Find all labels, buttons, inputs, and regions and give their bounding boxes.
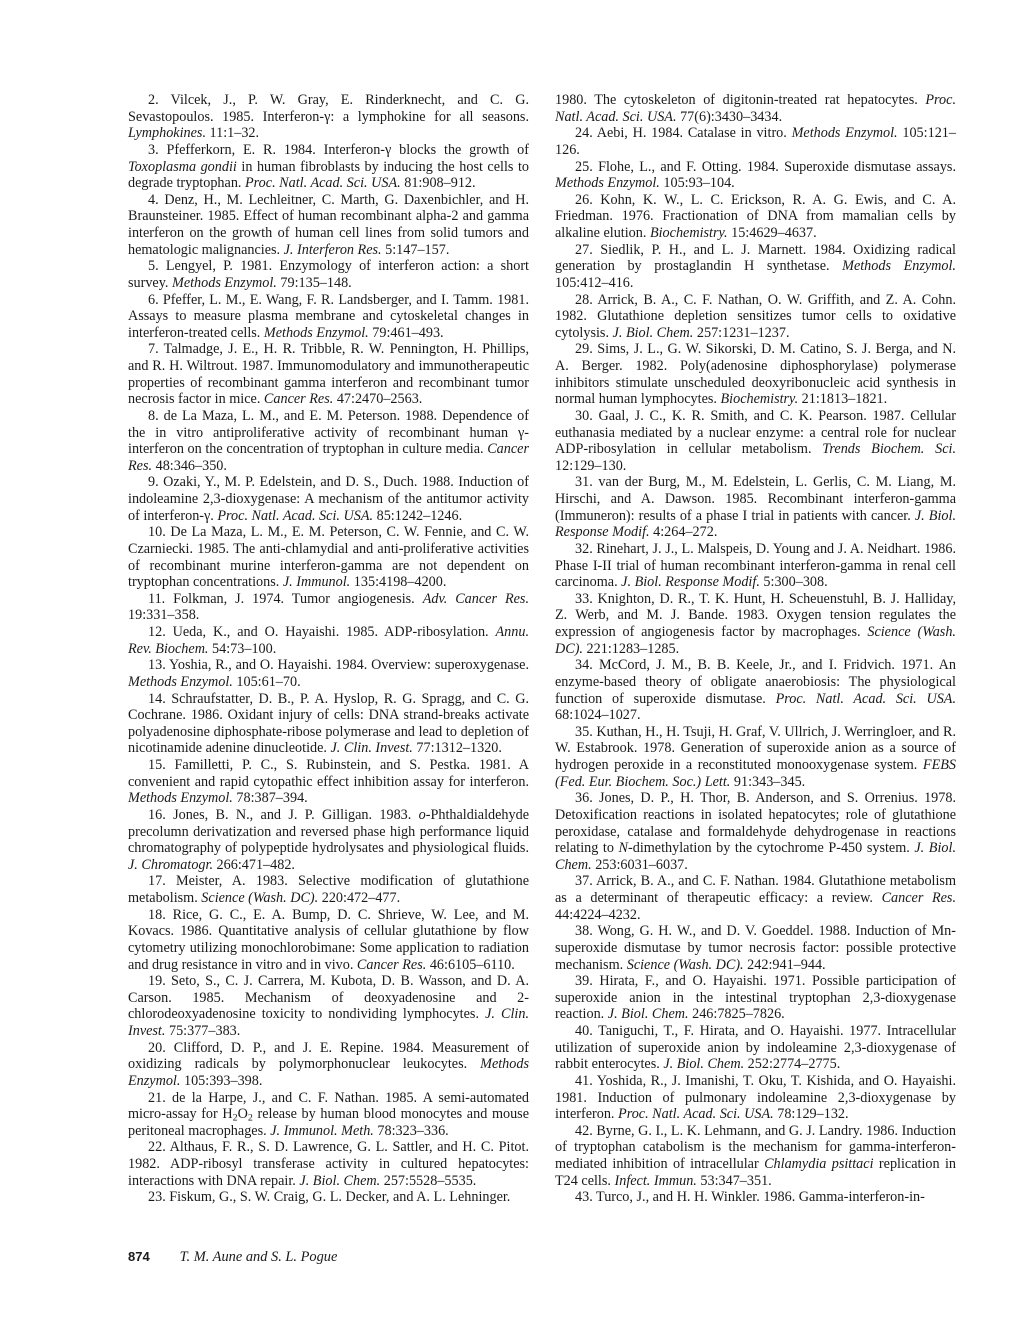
reference-text: 53:347–351. (697, 1173, 772, 1189)
reference-text: 135:4198–4200. (350, 574, 446, 590)
reference-text: 48:346–350. (152, 458, 227, 474)
reference-text: 16. Jones, B. N., and J. P. Gilligan. 19… (148, 807, 419, 823)
journal-page: 2. Vilcek, J., P. W. Gray, E. Rinderknec… (0, 0, 1020, 1320)
reference-text: 46:6105–6110. (426, 957, 515, 973)
reference-text: 43. Turco, J., and H. H. Winkler. 1986. … (575, 1189, 925, 1205)
reference-italic: Methods Enzymol. (172, 275, 277, 291)
reference-entry: 39. Hirata, F., and O. Hayaishi. 1971. P… (555, 973, 956, 1023)
reference-text: 105:61–70. (233, 674, 301, 690)
reference-entry: 26. Kohn, K. W., L. C. Erickson, R. A. G… (555, 192, 956, 242)
reference-entry: 36. Jones, D. P., H. Thor, B. Anderson, … (555, 790, 956, 873)
reference-italic: o (419, 807, 426, 823)
reference-text: 54:73–100. (208, 641, 276, 657)
reference-text: 77:1312–1320. (413, 740, 502, 756)
reference-entry: 38. Wong, G. H. W., and D. V. Goeddel. 1… (555, 923, 956, 973)
reference-text: 75:377–383. (165, 1023, 240, 1039)
reference-italic: J. Clin. Invest. (331, 740, 413, 756)
reference-text: -dimethylation by the cytochrome P-450 s… (628, 840, 914, 856)
reference-entry: 2. Vilcek, J., P. W. Gray, E. Rinderknec… (128, 92, 529, 142)
reference-entry: 9. Ozaki, Y., M. P. Edelstein, and D. S.… (128, 474, 529, 524)
reference-entry: 37. Arrick, B. A., and C. F. Nathan. 198… (555, 873, 956, 923)
reference-entry: 22. Althaus, F. R., S. D. Lawrence, G. L… (128, 1139, 529, 1189)
reference-entry: 13. Yoshia, R., and O. Hayaishi. 1984. O… (128, 657, 529, 690)
reference-text: 5:300–308. (760, 574, 828, 590)
reference-text: 47:2470–2563. (333, 391, 422, 407)
reference-entry: 8. de La Maza, L. M., and E. M. Peterson… (128, 408, 529, 475)
reference-entry: 12. Ueda, K., and O. Hayaishi. 1985. ADP… (128, 624, 529, 657)
reference-italic: Cancer Res. (264, 391, 333, 407)
references-left-column: 2. Vilcek, J., P. W. Gray, E. Rinderknec… (128, 92, 529, 1206)
reference-italic: Science (Wash. DC). (627, 957, 744, 973)
reference-entry: 28. Arrick, B. A., C. F. Nathan, O. W. G… (555, 292, 956, 342)
reference-text: 105:393–398. (180, 1073, 262, 1089)
reference-text: 12:129–130. (555, 458, 626, 474)
reference-entry: 18. Rice, G. C., E. A. Bump, D. C. Shrie… (128, 907, 529, 974)
reference-italic: Biochemistry. (650, 225, 728, 241)
reference-text: 1980. The cytoskeleton of digitonin-trea… (555, 92, 925, 108)
reference-italic: J. Biol. Response Modif. (621, 574, 760, 590)
reference-italic: Cancer Res. (882, 890, 956, 906)
reference-text: 15:4629–4637. (728, 225, 817, 241)
reference-italic: Biochemistry. (721, 391, 799, 407)
reference-italic: J. Interferon Res. (284, 242, 382, 258)
reference-entry: 40. Taniguchi, T., F. Hirata, and O. Hay… (555, 1023, 956, 1073)
reference-entry: 34. McCord, J. M., B. B. Keele, Jr., and… (555, 657, 956, 724)
reference-text: 11. Folkman, J. 1974. Tumor angiogenesis… (148, 591, 423, 607)
references-right-column: 1980. The cytoskeleton of digitonin-trea… (555, 92, 956, 1206)
reference-text: 35. Kuthan, H., H. Tsuji, H. Graf, V. Ul… (555, 724, 956, 773)
reference-entry: 32. Rinehart, J. J., L. Malspeis, D. You… (555, 541, 956, 591)
reference-italic: Methods Enzymol. (555, 175, 660, 191)
reference-entry: 29. Sims, J. L., G. W. Sikorski, D. M. C… (555, 341, 956, 408)
running-head-authors: T. M. Aune and S. L. Pogue (180, 1249, 338, 1265)
reference-italic: J. Biol. Chem. (608, 1006, 689, 1022)
reference-italic: J. Chromatogr. (128, 857, 213, 873)
reference-text: 19:331–358. (128, 607, 199, 623)
reference-text: 77(6):3430–3434. (677, 109, 783, 125)
reference-text: 79:461–493. (369, 325, 444, 341)
reference-italic: Methods Enzymol. (842, 258, 956, 274)
reference-entry: 7. Talmadge, J. E., H. R. Tribble, R. W.… (128, 341, 529, 408)
reference-entry: 20. Clifford, D. P., and J. E. Repine. 1… (128, 1040, 529, 1090)
reference-text: 44:4224–4232. (555, 907, 641, 923)
reference-text: 19. Seto, S., C. J. Carrera, M. Kubota, … (128, 973, 529, 1022)
reference-entry: 5. Lengyel, P. 1981. Enzymology of inter… (128, 258, 529, 291)
reference-text: 25. Flohe, L., and F. Otting. 1984. Supe… (575, 159, 956, 175)
reference-entry: 11. Folkman, J. 1974. Tumor angiogenesis… (128, 591, 529, 624)
reference-text: 220:472–477. (318, 890, 400, 906)
reference-text: 11:1–32. (206, 125, 259, 141)
reference-text: 5:147–157. (382, 242, 450, 258)
reference-text: 23. Fiskum, G., S. W. Craig, G. L. Decke… (148, 1189, 510, 1205)
page-number: 874 (128, 1249, 176, 1264)
reference-text: 91:343–345. (730, 774, 805, 790)
reference-entry: 23. Fiskum, G., S. W. Craig, G. L. Decke… (128, 1189, 529, 1206)
reference-text: 15. Familletti, P. C., S. Rubinstein, an… (128, 757, 529, 790)
reference-entry: 3. Pfefferkorn, E. R. 1984. Interferon-γ… (128, 142, 529, 192)
reference-text: 3. Pfefferkorn, E. R. 1984. Interferon-γ… (148, 142, 529, 158)
reference-text: 105:412–416. (555, 275, 633, 291)
reference-text: 246:7825–7826. (689, 1006, 785, 1022)
reference-italic: J. Immunol. (283, 574, 350, 590)
reference-entry: 4. Denz, H., M. Lechleitner, C. Marth, G… (128, 192, 529, 259)
reference-continuation: 1980. The cytoskeleton of digitonin-trea… (555, 92, 956, 125)
reference-italic: J. Immunol. Meth. (270, 1123, 374, 1139)
reference-italic: J. Biol. Chem. (663, 1056, 744, 1072)
reference-italic: Methods Enzymol. (128, 790, 233, 806)
reference-italic: Proc. Natl. Acad. Sci. USA. (245, 175, 401, 191)
reference-italic: N (619, 840, 628, 856)
reference-text: 8. de La Maza, L. M., and E. M. Peterson… (128, 408, 529, 457)
reference-italic: Methods Enzymol. (128, 674, 233, 690)
reference-entry: 19. Seto, S., C. J. Carrera, M. Kubota, … (128, 973, 529, 1040)
reference-text: 4:264–272. (650, 524, 718, 540)
reference-text: 242:941–944. (744, 957, 826, 973)
reference-text: 2. Vilcek, J., P. W. Gray, E. Rinderknec… (128, 92, 529, 125)
reference-entry: 42. Byrne, G. I., L. K. Lehmann, and G. … (555, 1123, 956, 1190)
reference-entry: 31. van der Burg, M., M. Edelstein, L. G… (555, 474, 956, 541)
reference-text: 20. Clifford, D. P., and J. E. Repine. 1… (128, 1040, 529, 1073)
page-footer: 874 T. M. Aune and S. L. Pogue (128, 1249, 337, 1266)
reference-italic: Trends Biochem. Sci. (822, 441, 956, 457)
reference-text: 24. Aebi, H. 1984. Catalase in vitro. (575, 125, 792, 141)
reference-text: 21:1813–1821. (798, 391, 887, 407)
reference-italic: Methods Enzymol. (264, 325, 369, 341)
reference-text: 31. van der Burg, M., M. Edelstein, L. G… (555, 474, 956, 523)
reference-italic: Cancer Res. (357, 957, 426, 973)
reference-italic: Science (Wash. DC). (201, 890, 318, 906)
reference-entry: 30. Gaal, J. C., K. R. Smith, and C. K. … (555, 408, 956, 475)
reference-text: 221:1283–1285. (583, 641, 679, 657)
reference-entry: 17. Meister, A. 1983. Selective modifica… (128, 873, 529, 906)
reference-text: 257:5528–5535. (380, 1173, 476, 1189)
reference-entry: 15. Familletti, P. C., S. Rubinstein, an… (128, 757, 529, 807)
reference-text: 253:6031–6037. (592, 857, 688, 873)
reference-entry: 35. Kuthan, H., H. Tsuji, H. Graf, V. Ul… (555, 724, 956, 791)
reference-entry: 25. Flohe, L., and F. Otting. 1984. Supe… (555, 159, 956, 192)
reference-entry: 16. Jones, B. N., and J. P. Gilligan. 19… (128, 807, 529, 874)
reference-italic: J. Biol. Chem. (299, 1173, 380, 1189)
reference-italic: Proc. Natl. Acad. Sci. USA. (217, 508, 373, 524)
reference-entry: 33. Knighton, D. R., T. K. Hunt, H. Sche… (555, 591, 956, 658)
reference-text: 78:129–132. (774, 1106, 849, 1122)
reference-entry: 21. de la Harpe, J., and C. F. Nathan. 1… (128, 1090, 529, 1140)
reference-text: 85:1242–1246. (373, 508, 462, 524)
reference-italic: J. Biol. Chem. (613, 325, 694, 341)
reference-text: 81:908–912. (401, 175, 476, 191)
reference-entry: 43. Turco, J., and H. H. Winkler. 1986. … (555, 1189, 956, 1206)
reference-italic: Adv. Cancer Res. (423, 591, 529, 607)
reference-italic: Methods Enzymol. (792, 125, 898, 141)
reference-entry: 10. De La Maza, L. M., E. M. Peterson, C… (128, 524, 529, 591)
reference-italic: Lymphokines. (128, 125, 206, 141)
reference-text: 105:93–104. (660, 175, 735, 191)
reference-text: 257:1231–1237. (693, 325, 789, 341)
reference-text: 266:471–482. (213, 857, 295, 873)
reference-entry: 41. Yoshida, R., J. Imanishi, T. Oku, T.… (555, 1073, 956, 1123)
reference-text: 252:2774–2775. (744, 1056, 840, 1072)
reference-entry: 27. Siedlik, P. H., and L. J. Marnett. 1… (555, 242, 956, 292)
reference-italic: Toxoplasma gondii (128, 159, 237, 175)
reference-italic: Chlamydia psittaci (764, 1156, 873, 1172)
reference-text: 78:323–336. (374, 1123, 449, 1139)
reference-text: 13. Yoshia, R., and O. Hayaishi. 1984. O… (148, 657, 529, 673)
reference-text: O (238, 1106, 248, 1122)
reference-italic: Proc. Natl. Acad. Sci. USA. (776, 691, 956, 707)
reference-text: 68:1024–1027. (555, 707, 641, 723)
reference-entry: 6. Pfeffer, L. M., E. Wang, F. R. Landsb… (128, 292, 529, 342)
reference-entry: 14. Schraufstatter, D. B., P. A. Hyslop,… (128, 691, 529, 758)
reference-text: 79:135–148. (277, 275, 352, 291)
reference-text: 12. Ueda, K., and O. Hayaishi. 1985. ADP… (148, 624, 496, 640)
reference-italic: Infect. Immun. (615, 1173, 697, 1189)
reference-italic: Proc. Natl. Acad. Sci. USA. (618, 1106, 774, 1122)
reference-entry: 24. Aebi, H. 1984. Catalase in vitro. Me… (555, 125, 956, 158)
reference-text: 78:387–394. (233, 790, 308, 806)
